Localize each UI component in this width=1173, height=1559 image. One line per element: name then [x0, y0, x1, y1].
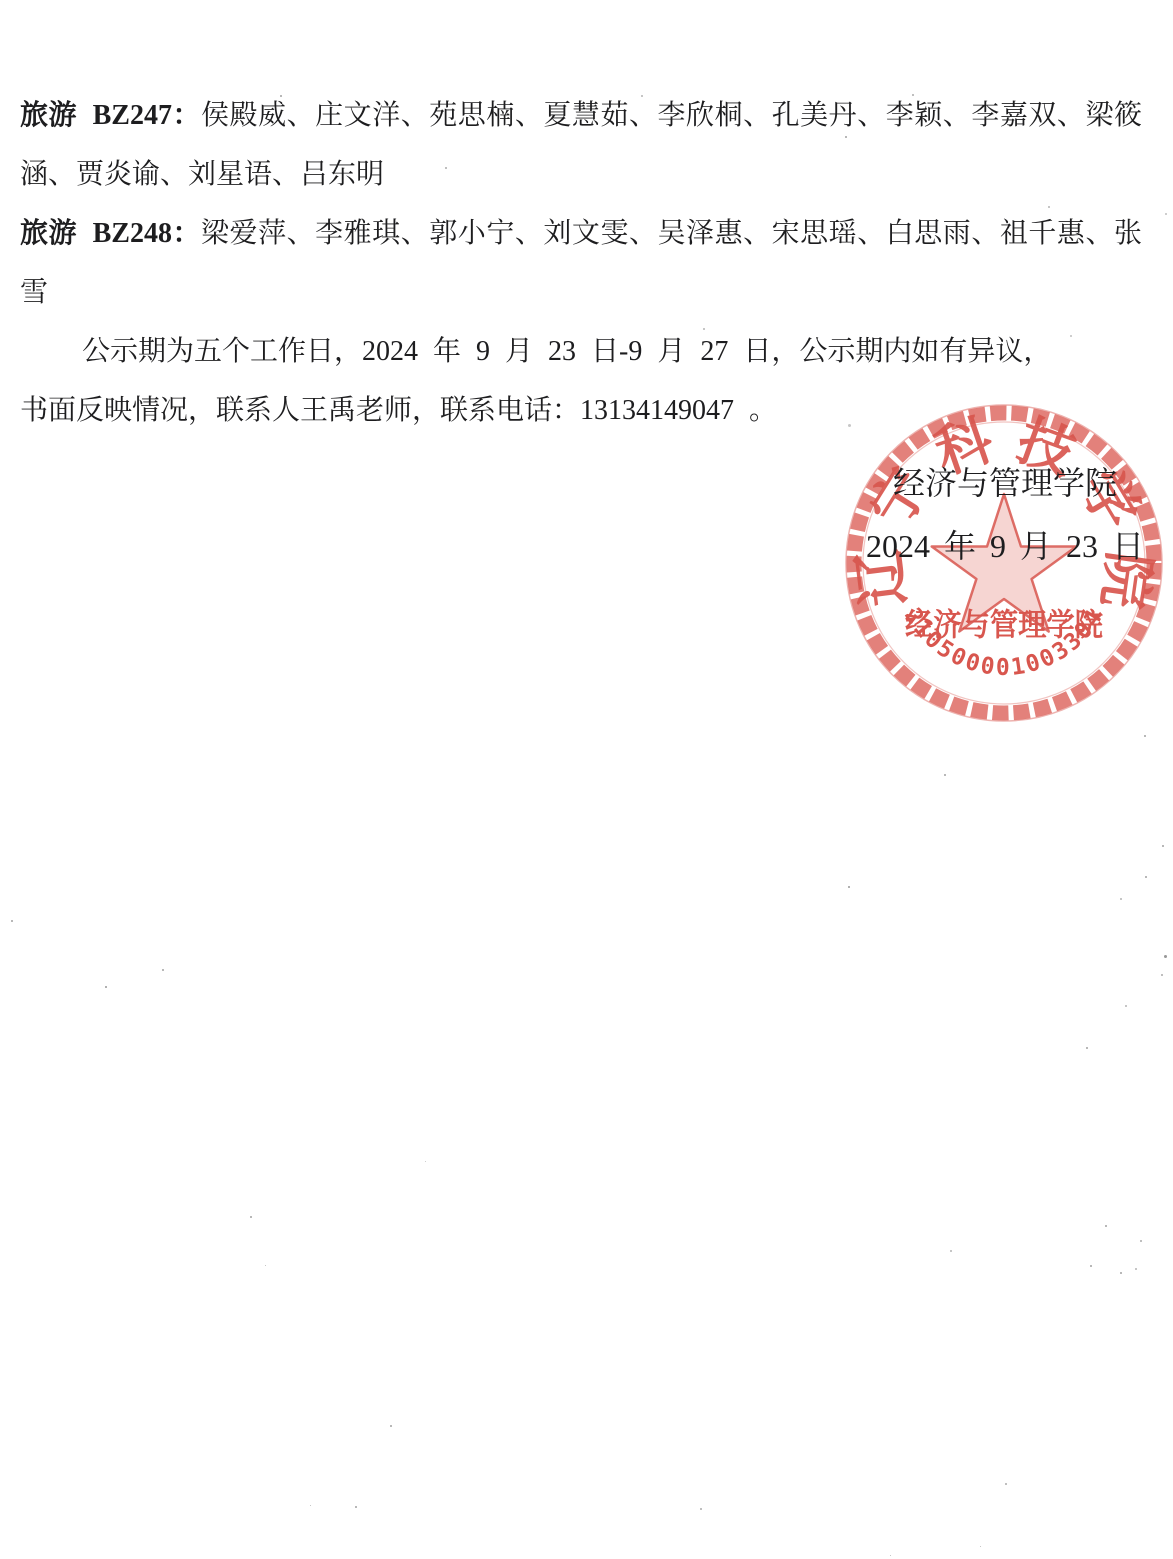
line-text: 书面反映情况，联系人王禹老师，联系电话：13134149047 。	[20, 395, 777, 426]
scan-speck	[1120, 898, 1122, 900]
line-text: 公示期为五个工作日，2024 年 9 月 23 日-9 月 27 日，公示期内如…	[82, 336, 1051, 367]
document-body: 旅游 BZ247：侯殿威、庄文洋、苑思楠、夏慧茹、李欣桐、孔美丹、李颖、李嘉双、…	[20, 86, 1142, 440]
scan-speck	[1090, 1265, 1092, 1267]
scan-speck	[1162, 845, 1164, 847]
scan-speck	[1140, 1240, 1142, 1242]
text-line-1: 旅游 BZ247：侯殿威、庄文洋、苑思楠、夏慧茹、李欣桐、孔美丹、李颖、李嘉双、…	[20, 86, 1142, 145]
scan-speck	[1125, 1005, 1127, 1007]
scan-speck	[1145, 876, 1147, 878]
scan-speck	[1005, 1483, 1007, 1485]
scan-speck	[1105, 1225, 1107, 1227]
scan-speck	[105, 986, 107, 988]
scan-speck	[1120, 1272, 1122, 1274]
scan-speck	[390, 1425, 392, 1427]
scan-speck	[425, 1161, 426, 1162]
scan-speck	[1144, 735, 1146, 737]
scanned-document-page: 旅游 BZ247：侯殿威、庄文洋、苑思楠、夏慧茹、李欣桐、孔美丹、李颖、李嘉双、…	[0, 0, 1173, 1559]
line-text: 雪	[20, 277, 48, 308]
class-label: 旅游 BZ247：	[20, 100, 201, 131]
line-text: 梁爱萍、李雅琪、郭小宁、刘文雯、吴泽惠、宋思瑶、白思雨、祖千惠、张	[201, 218, 1142, 249]
scan-speck	[1086, 1047, 1088, 1049]
scan-speck	[890, 1555, 891, 1556]
signature-department: 经济与管理学院	[893, 458, 1117, 504]
line-text: 侯殿威、庄文洋、苑思楠、夏慧茹、李欣桐、孔美丹、李颖、李嘉双、梁筱	[201, 100, 1142, 131]
scan-speck	[848, 886, 850, 888]
class-label: 旅游 BZ248：	[20, 218, 201, 249]
scan-speck	[1165, 213, 1167, 215]
text-line-4: 雪	[20, 263, 1142, 322]
scan-speck	[310, 1505, 311, 1506]
line-text: 涵、贾炎谕、刘星语、吕东明	[20, 159, 384, 190]
text-line-3: 旅游 BZ248：梁爱萍、李雅琪、郭小宁、刘文雯、吴泽惠、宋思瑶、白思雨、祖千惠…	[20, 204, 1142, 263]
scan-speck	[1161, 974, 1163, 976]
scan-speck	[1164, 955, 1167, 958]
scan-speck	[944, 774, 946, 776]
scan-speck	[265, 1265, 266, 1266]
text-line-5: 公示期为五个工作日，2024 年 9 月 23 日-9 月 27 日，公示期内如…	[20, 322, 1142, 381]
signature-date: 2024 年 9 月 23 日	[866, 521, 1144, 567]
scan-speck	[950, 1250, 952, 1252]
text-line-2: 涵、贾炎谕、刘星语、吕东明	[20, 145, 1142, 204]
scan-speck	[250, 1216, 252, 1218]
scan-speck	[1135, 1268, 1137, 1270]
scan-speck	[162, 969, 164, 971]
scan-speck	[700, 1508, 702, 1510]
scan-speck	[355, 1506, 357, 1508]
scan-speck	[11, 920, 13, 922]
scan-speck	[980, 1546, 981, 1547]
